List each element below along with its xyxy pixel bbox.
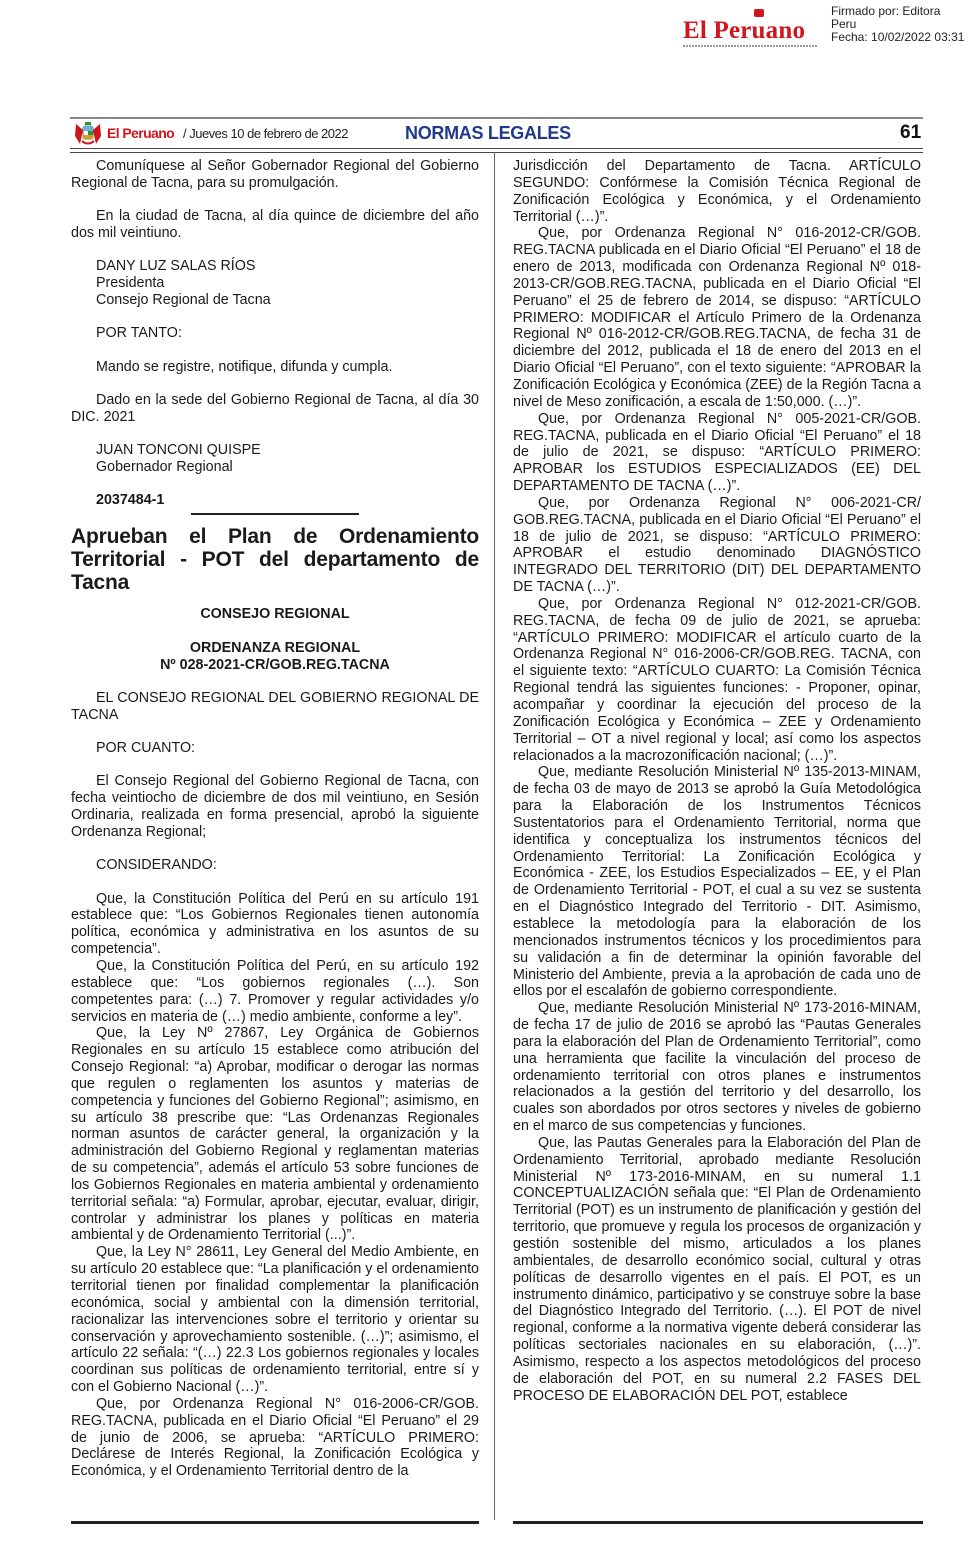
paragraph: Que, las Pautas Generales para la Elabor… [513, 1135, 921, 1405]
por-cuanto: POR CUANTO: [71, 740, 479, 757]
title-word: Plan [228, 525, 272, 548]
paragraph: Jurisdicción del Departamento de Tacna. … [513, 158, 921, 225]
coat-of-arms-icon [754, 9, 764, 17]
right-column: Jurisdicción del Departamento de Tacna. … [513, 158, 921, 1404]
footer-rule [71, 1521, 479, 1524]
section-title: NORMAS LEGALES [405, 123, 571, 144]
title-line-2: Territorial - POT del departamento de Ta… [71, 548, 479, 594]
signer-name: DANY LUZ SALAS RÍOS [71, 258, 479, 275]
paragraph: Mando se registre, notifique, difunda y … [71, 359, 479, 376]
article-title: Aprueban el Plan de Ordenamiento Territo… [71, 525, 479, 594]
paragraph: Comuníquese al Señor Gobernador Regional… [71, 158, 479, 192]
signer-role: Gobernador Regional [71, 459, 479, 476]
paragraph: Dado en la sede del Gobierno Regional de… [71, 392, 479, 426]
el-peruano-logo: El Peruano [683, 18, 805, 43]
signer-org: Consejo Regional de Tacna [71, 292, 479, 309]
paragraph: Que, la Ley N° 28611, Ley General del Me… [71, 1244, 479, 1396]
issuer: CONSEJO REGIONAL [71, 606, 479, 623]
paragraph: Que, mediante Resolución Ministerial Nº … [513, 764, 921, 1000]
document-code: 2037484-1 [71, 492, 479, 509]
header-brand: El Peruano [107, 125, 174, 141]
logo-tagline [683, 45, 818, 47]
left-column: Comuníquese al Señor Gobernador Regional… [71, 158, 479, 1480]
column-divider [494, 152, 495, 1520]
paragraph: Que, mediante Resolución Ministerial Nº … [513, 1000, 921, 1135]
digital-signature-info: Firmado por: Editora Peru Fecha: 10/02/2… [831, 5, 964, 44]
signature-date: Fecha: 10/02/2022 03:31 [831, 31, 964, 44]
paragraph: Que, la Constitución Política del Perú e… [71, 891, 479, 958]
considerando: CONSIDERANDO: [71, 857, 479, 874]
header-rule-bottom [70, 148, 923, 153]
paragraph: Que, por Ordenanza Regional N° 005-2021-… [513, 411, 921, 495]
title-word: Aprueban [71, 525, 167, 548]
signer-role: Presidenta [71, 275, 479, 292]
paragraph: El Consejo Regional del Gobierno Regiona… [71, 773, 479, 840]
paragraph: EL CONSEJO REGIONAL DEL GOBIERNO REGIONA… [71, 690, 479, 724]
separator-rule [191, 513, 359, 515]
por-tanto: POR TANTO: [71, 325, 479, 342]
paragraph: Que, la Constitución Política del Perú, … [71, 958, 479, 1025]
paragraph: En la ciudad de Tacna, al día quince de … [71, 208, 479, 242]
header-rule-top [70, 117, 923, 119]
footer-rule [513, 1521, 923, 1524]
paragraph: Que, por Ordenanza Regional N° 016-2006-… [71, 1396, 479, 1480]
title-word: Ordenamiento [339, 525, 479, 548]
logo-text: El Peruano [683, 17, 805, 44]
page-number: 61 [900, 122, 921, 144]
ordinance-number: Nº 028-2021-CR/GOB.REG.TACNA [71, 657, 479, 674]
paragraph: Que, por Ordenanza Regional N° 016-2012-… [513, 225, 921, 410]
title-word: de [293, 525, 317, 548]
paragraph: Que, la Ley Nº 27867, Ley Orgánica de Go… [71, 1025, 479, 1244]
signer-name: JUAN TONCONI QUISPE [71, 442, 479, 459]
ordinance-type: ORDENANZA REGIONAL [71, 640, 479, 657]
coat-of-arms-icon [74, 120, 102, 147]
header-date: / Jueves 10 de febrero de 2022 [183, 126, 348, 141]
paragraph: Que, por Ordenanza Regional N° 006-2021-… [513, 495, 921, 596]
title-word: el [189, 525, 206, 548]
paragraph: Que, por Ordenanza Regional N° 012-2021-… [513, 596, 921, 764]
